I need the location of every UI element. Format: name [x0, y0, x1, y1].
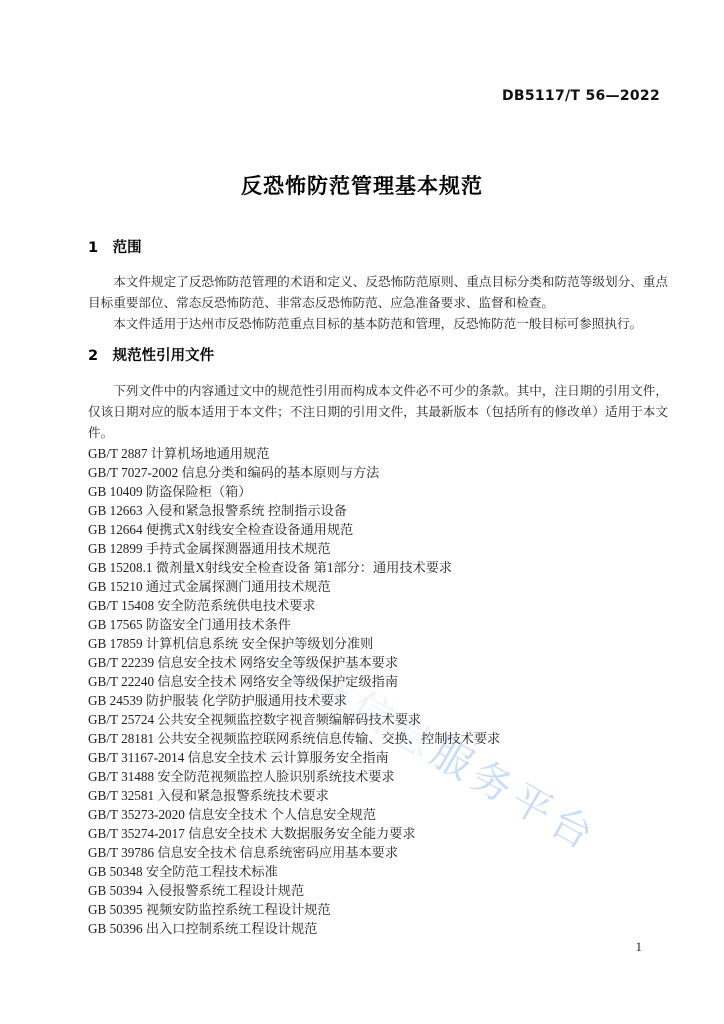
section-1-paragraph-1: 本文件规定了反恐怖防范管理的术语和定义、反恐怖防范原则、重点目标分类和防范等级划…: [88, 272, 668, 314]
doc-code: DB5117/T 56—2022: [502, 88, 660, 104]
reference-item: GB/T 39786 信息安全技术 信息系统密码应用基本要求: [88, 843, 668, 862]
reference-item: GB 15210 通过式金属探测门通用技术规范: [88, 577, 668, 596]
reference-item: GB/T 7027-2002 信息分类和编码的基本原则与方法: [88, 463, 668, 482]
reference-item: GB/T 22240 信息安全技术 网络安全等级保护定级指南: [88, 672, 668, 691]
section-1-label: 范围: [113, 240, 142, 256]
section-2-heading: 2规范性引用文件: [88, 346, 668, 367]
reference-item: GB/T 2887 计算机场地通用规范: [88, 444, 668, 463]
reference-item: GB 12664 便携式X射线安全检查设备通用规范: [88, 520, 668, 539]
reference-item: GB/T 31167-2014 信息安全技术 云计算服务安全指南: [88, 748, 668, 767]
reference-item: GB/T 22239 信息安全技术 网络安全等级保护基本要求: [88, 653, 668, 672]
reference-item: GB/T 31488 安全防范视频监控人脸识别系统技术要求: [88, 767, 668, 786]
section-1-number: 1: [88, 240, 98, 256]
reference-item: GB/T 28181 公共安全视频监控联网系统信息传输、交换、控制技术要求: [88, 729, 668, 748]
reference-item: GB 50395 视频安防监控系统工程设计规范: [88, 900, 668, 919]
document-body: 1范围 本文件规定了反恐怖防范管理的术语和定义、反恐怖防范原则、重点目标分类和防…: [88, 238, 668, 938]
reference-item: GB 50348 安全防范工程技术标准: [88, 862, 668, 881]
reference-item: GB 50396 出入口控制系统工程设计规范: [88, 919, 668, 938]
document-title: 反恐怖防范管理基本规范: [0, 170, 724, 200]
section-1-paragraph-2: 本文件适用于达州市反恐怖防范重点目标的基本防范和管理，反恐怖防范一般目标可参照执…: [88, 314, 668, 335]
reference-item: GB/T 15408 安全防范系统供电技术要求: [88, 596, 668, 615]
reference-item: GB/T 25724 公共安全视频监控数字视音频编解码技术要求: [88, 710, 668, 729]
document-page: 标准信息服务平台 DB5117/T 56—2022 反恐怖防范管理基本规范 1范…: [0, 0, 724, 1024]
reference-item: GB 17859 计算机信息系统 安全保护等级划分准则: [88, 634, 668, 653]
reference-item: GB 50394 入侵报警系统工程设计规范: [88, 881, 668, 900]
reference-item: GB 17565 防盗安全门通用技术条件: [88, 615, 668, 634]
section-1-heading: 1范围: [88, 238, 668, 259]
reference-item: GB/T 32581 入侵和紧急报警系统技术要求: [88, 786, 668, 805]
section-2-paragraph-1: 下列文件中的内容通过文中的规范性引用而构成本文件必不可少的条款。其中，注日期的引…: [88, 381, 668, 444]
reference-item: GB/T 35273-2020 信息安全技术 个人信息安全规范: [88, 805, 668, 824]
reference-item: GB 24539 防护服装 化学防护服通用技术要求: [88, 691, 668, 710]
section-2-label: 规范性引用文件: [113, 348, 215, 364]
reference-item: GB/T 35274-2017 信息安全技术 大数据服务安全能力要求: [88, 824, 668, 843]
reference-item: GB 12663 入侵和紧急报警系统 控制指示设备: [88, 501, 668, 520]
page-number: 1: [636, 939, 643, 955]
section-2-number: 2: [88, 348, 98, 364]
reference-item: GB 10409 防盗保险柜（箱）: [88, 482, 668, 501]
references-list: GB/T 2887 计算机场地通用规范GB/T 7027-2002 信息分类和编…: [88, 444, 668, 938]
reference-item: GB 15208.1 微剂量X射线安全检查设备 第1部分：通用技术要求: [88, 558, 668, 577]
reference-item: GB 12899 手持式金属探测器通用技术规范: [88, 539, 668, 558]
